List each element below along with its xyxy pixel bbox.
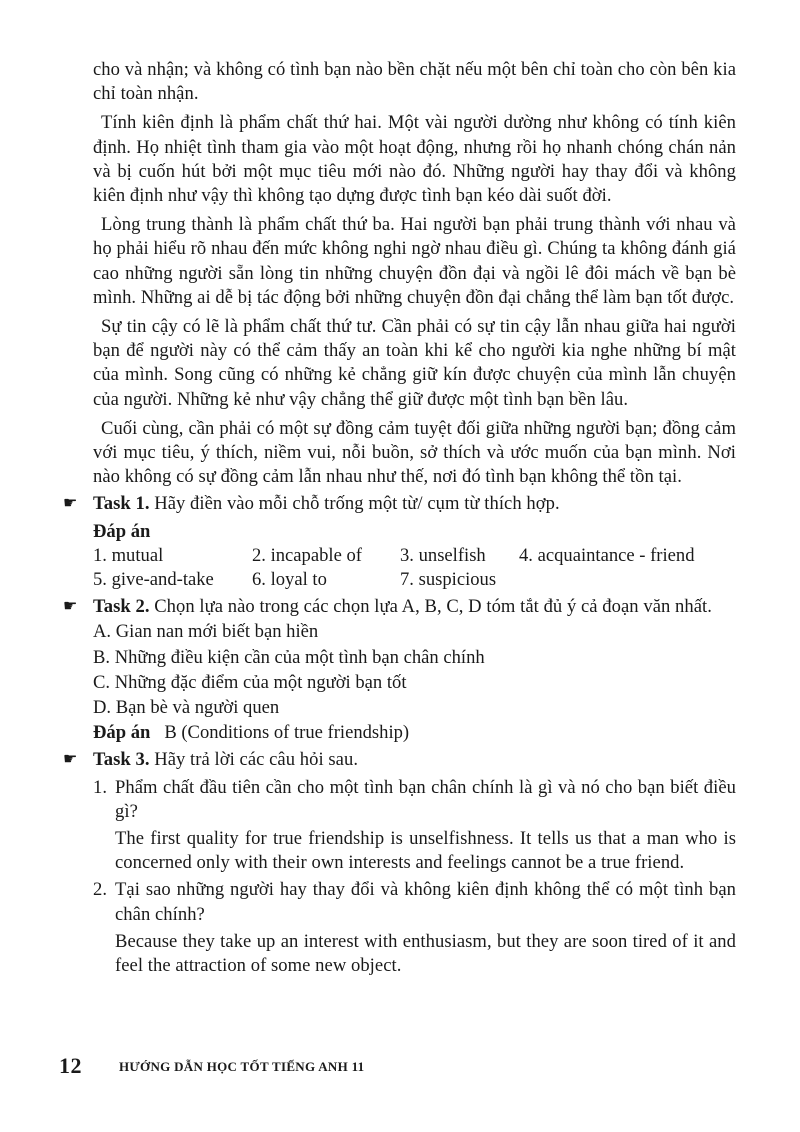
task-3-instruction: Hãy trả lời các câu hỏi sau. bbox=[154, 749, 358, 770]
task-1: ☛ Task 1. Hãy điền vào mỗi chỗ trống một… bbox=[93, 492, 736, 592]
task-3: ☛ Task 3. Hãy trả lời các câu hỏi sau. 1… bbox=[93, 748, 736, 978]
option-c: C. Những đặc điểm của một người bạn tốt bbox=[93, 671, 736, 695]
paragraph-trust: Sự tin cậy có lẽ là phẩm chất thứ tư. Cầ… bbox=[93, 315, 736, 412]
answer-item: 5. give-and-take bbox=[93, 568, 214, 592]
answer-item: 1. mutual bbox=[93, 544, 163, 568]
paragraph-constancy: Tính kiên định là phẩm chất thứ hai. Một… bbox=[93, 111, 736, 208]
paragraph-generosity-tail: cho và nhận; và không có tình bạn nào bề… bbox=[93, 58, 736, 106]
answer-row-1: 1. mutual 2. incapable of 3. unselfish 4… bbox=[93, 544, 736, 568]
task-1-answer-label: Đáp án bbox=[93, 520, 736, 544]
page-body: cho và nhận; và không có tình bạn nào bề… bbox=[93, 58, 736, 978]
question-answer: The first quality for true friendship is… bbox=[115, 827, 736, 875]
question-2: 2. Tại sao những người hay thay đổi và k… bbox=[93, 878, 736, 978]
pointing-hand-icon: ☛ bbox=[63, 597, 77, 617]
question-1: 1. Phẩm chất đầu tiên cần cho một tình b… bbox=[93, 776, 736, 876]
answer-item: 4. acquaintance - friend bbox=[519, 544, 695, 568]
task-1-instruction: Hãy điền vào mỗi chỗ trống một từ/ cụm t… bbox=[154, 493, 559, 514]
paragraph-loyalty: Lòng trung thành là phẩm chất thứ ba. Ha… bbox=[93, 213, 736, 310]
book-title: HƯỚNG DẪN HỌC TỐT TIẾNG ANH 11 bbox=[119, 1059, 364, 1075]
question-text: Tại sao những người hay thay đổi và khôn… bbox=[115, 878, 736, 926]
page-footer: 12 HƯỚNG DẪN HỌC TỐT TIẾNG ANH 11 bbox=[59, 1053, 659, 1079]
answer-item: 3. unselfish bbox=[400, 544, 486, 568]
page-number: 12 bbox=[59, 1053, 82, 1078]
option-a: A. Gian nan mới biết bạn hiền bbox=[93, 620, 736, 644]
task-1-label: Task 1. bbox=[93, 493, 150, 514]
task-2-answer-value: B (Conditions of true friendship) bbox=[164, 722, 409, 743]
task-2-instruction: Chọn lựa nào trong các chọn lựa A, B, C,… bbox=[154, 596, 712, 617]
question-text: Phẩm chất đầu tiên cần cho một tình bạn … bbox=[115, 776, 736, 824]
answer-row-2: 5. give-and-take 6. loyal to 7. suspicio… bbox=[93, 568, 736, 592]
answer-item: 2. incapable of bbox=[252, 544, 362, 568]
task-2-answer-label: Đáp án bbox=[93, 722, 150, 743]
answer-item: 6. loyal to bbox=[252, 568, 327, 592]
pointing-hand-icon: ☛ bbox=[63, 750, 77, 770]
pointing-hand-icon: ☛ bbox=[63, 494, 77, 514]
question-number: 2. bbox=[93, 878, 107, 902]
task-3-label: Task 3. bbox=[93, 749, 150, 770]
task-2-answer: Đáp án B (Conditions of true friendship) bbox=[93, 721, 736, 745]
option-d: D. Bạn bè và người quen bbox=[93, 696, 736, 720]
task-2-label: Task 2. bbox=[93, 596, 150, 617]
task-2: ☛ Task 2. Chọn lựa nào trong các chọn lự… bbox=[93, 595, 736, 745]
paragraph-sympathy: Cuối cùng, cần phải có một sự đồng cảm t… bbox=[93, 417, 736, 490]
option-b: B. Những điều kiện cần của một tình bạn … bbox=[93, 646, 736, 670]
question-number: 1. bbox=[93, 776, 107, 800]
question-answer: Because they take up an interest with en… bbox=[115, 930, 736, 978]
answer-item: 7. suspicious bbox=[400, 568, 496, 592]
